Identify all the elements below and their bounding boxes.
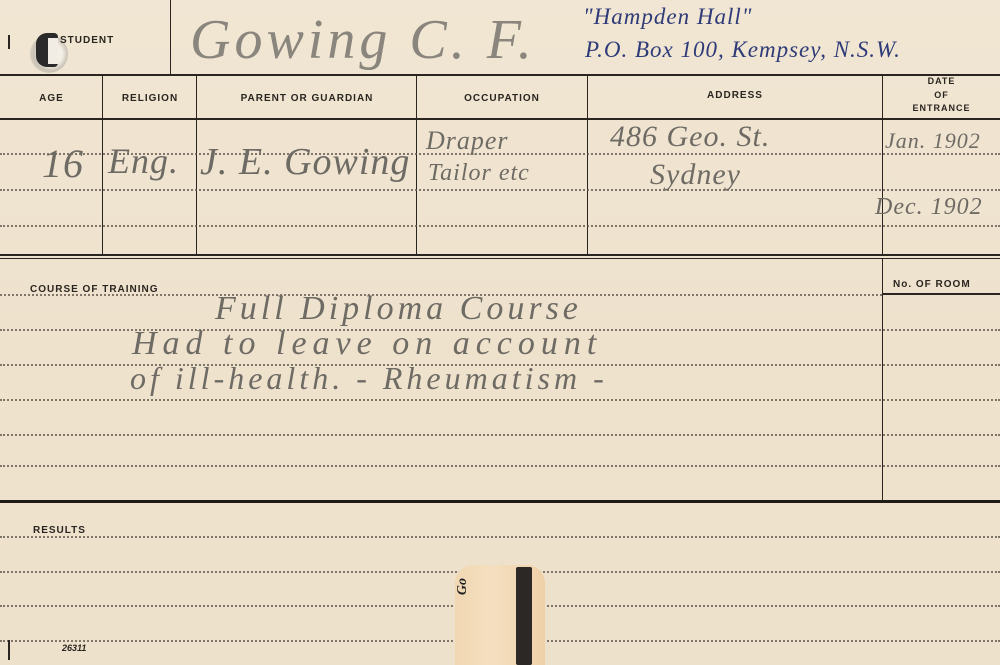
column-header-rule — [0, 118, 1000, 120]
punch-hole-notch — [48, 38, 58, 64]
entry-date-leaving: Dec. 1902 — [875, 194, 983, 221]
col-address-header: ADDRESS — [587, 90, 883, 101]
col-age-header: AGE — [0, 93, 103, 104]
training-dotted-line — [0, 434, 1000, 436]
col-divider — [587, 75, 588, 255]
training-dotted-line — [0, 399, 1000, 401]
margin-tick — [8, 35, 10, 49]
col-date-header-2: OF — [883, 90, 1000, 100]
entry-occupation-2: Tailor etc — [428, 160, 530, 187]
room-header-rule — [883, 293, 1000, 295]
entry-occupation-1: Draper — [426, 126, 509, 156]
training-line-3: of ill-health. - Rheumatism - — [130, 360, 608, 397]
margin-tick — [8, 640, 10, 660]
training-line-1: Full Diploma Course — [215, 290, 582, 328]
col-divider — [102, 75, 103, 255]
room-number-label: No. OF ROOM — [893, 279, 971, 290]
entry-religion: Eng. — [108, 140, 179, 182]
student-record-card: STUDENT Gowing C. F. "Hampden Hall" P.O.… — [0, 0, 1000, 665]
index-tab-bar — [516, 567, 532, 665]
col-parent-header: PARENT OR GUARDIAN — [197, 93, 417, 104]
student-name: Gowing C. F. — [190, 8, 536, 72]
col-divider — [196, 75, 197, 255]
index-tab-text: Go — [455, 578, 471, 595]
header-rule — [0, 74, 1000, 76]
col-date-header-1: DATE — [883, 76, 1000, 86]
entry-bottom-rule — [0, 254, 1000, 259]
entry-dotted-line — [0, 189, 1000, 191]
training-line-2: Had to leave on account — [132, 325, 602, 363]
results-dotted-line — [0, 536, 1000, 538]
results-label: RESULTS — [33, 525, 86, 536]
header-divider — [170, 0, 171, 75]
residence-line-2: P.O. Box 100, Kempsey, N.S.W. — [585, 37, 901, 63]
col-religion-header: RELIGION — [103, 93, 197, 104]
col-divider — [416, 75, 417, 255]
entry-age: 16 — [42, 140, 84, 187]
training-dotted-line — [0, 465, 1000, 467]
entry-date-entrance: Jan. 1902 — [885, 128, 981, 154]
residence-line-1: "Hampden Hall" — [583, 4, 752, 30]
training-bottom-rule — [0, 500, 1000, 503]
col-date-header-3: ENTRANCE — [883, 103, 1000, 113]
col-divider — [882, 75, 883, 255]
entry-dotted-line — [0, 225, 1000, 227]
entry-address-2: Sydney — [650, 158, 741, 192]
col-occupation-header: OCCUPATION — [417, 93, 587, 104]
entry-parent: J. E. Gowing — [200, 140, 410, 184]
entry-address-1: 486 Geo. St. — [610, 120, 770, 154]
serial-number: 26311 — [62, 643, 86, 653]
student-label: STUDENT — [60, 35, 114, 46]
